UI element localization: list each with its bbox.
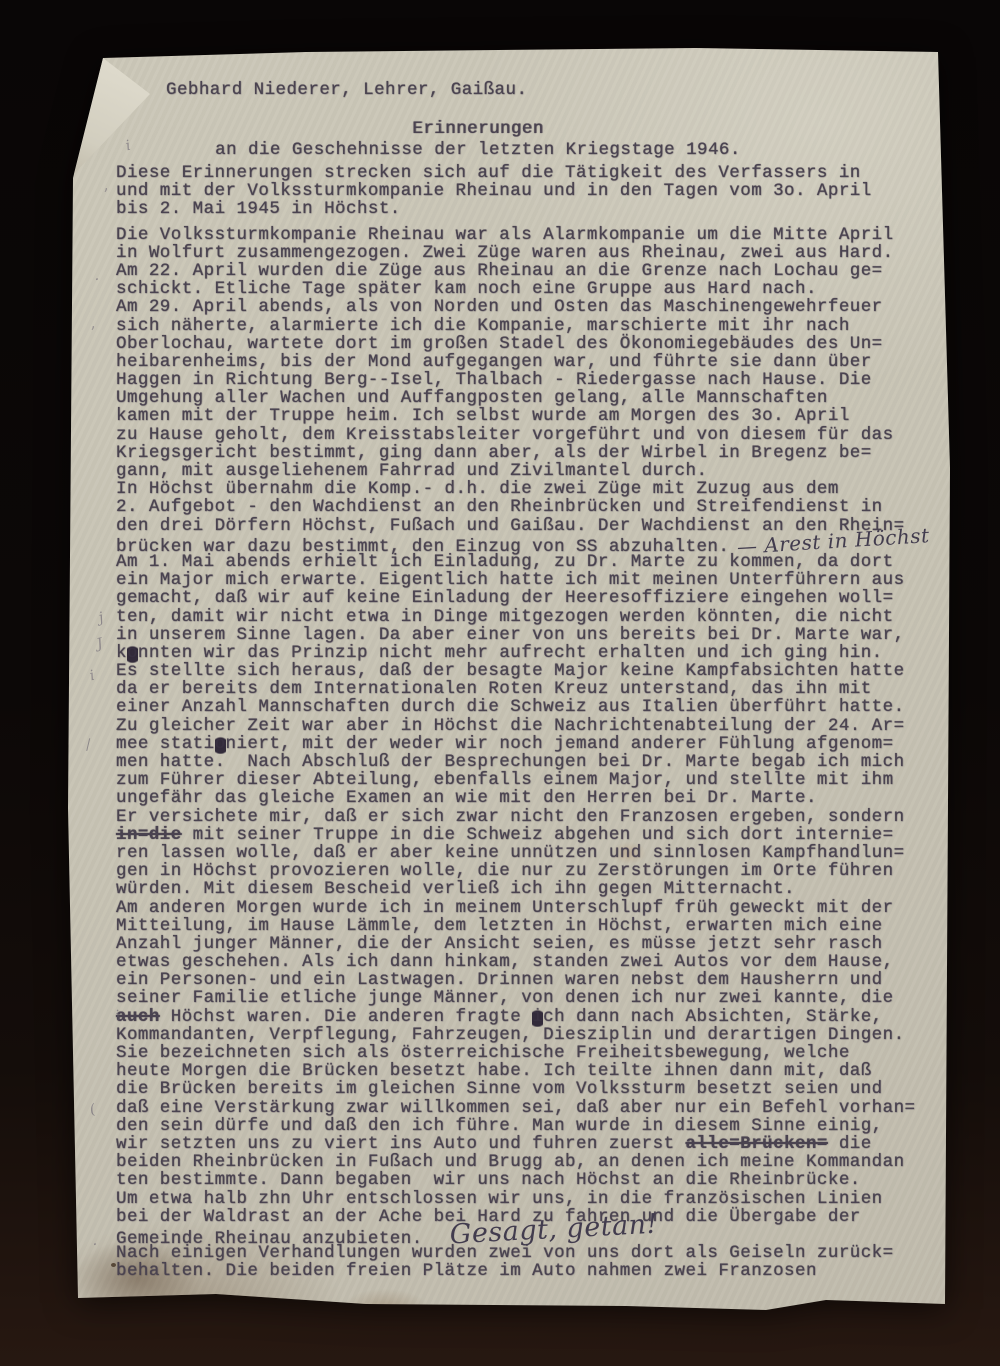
typed-text: ch dann nach Absichten, Stärke, <box>543 1007 883 1027</box>
typed-line: wir setzten uns zu viert ins Auto und fu… <box>116 1135 934 1153</box>
typed-text: seiner Familie etliche junge Männer, von… <box>116 988 894 1008</box>
typed-text: mit seiner Truppe in die Schweiz abgehen… <box>182 825 894 845</box>
typed-text: die <box>828 1134 872 1154</box>
typed-text: Kommandanten, Verpflegung, Fahrzeugen, D… <box>116 1025 905 1045</box>
typed-text: ten bestimmte. Dann begaben wir uns nach… <box>116 1170 861 1190</box>
typed-text: Um etwa halb zhn Uhr entschlossen wir un… <box>116 1189 883 1209</box>
margin-mark: · <box>93 272 101 289</box>
typed-text: ten, damit wir nicht etwa in Dinge mitge… <box>116 607 894 627</box>
typed-text: Am 29. April abends, als von Norden und … <box>116 297 883 317</box>
typed-line: etwas geschehen. Als ich dann hinkam, st… <box>116 953 934 971</box>
typed-text: Am 22. April wurden die Züge aus Rheinau… <box>116 261 883 281</box>
typed-line: Er versichete mir, daß er sich zwar nich… <box>116 808 934 826</box>
struck-text: alle=Brücken= <box>686 1134 828 1154</box>
margin-mark: · <box>91 1237 99 1254</box>
typed-line: ten bestimmte. Dann begaben wir uns nach… <box>116 1171 934 1189</box>
struck-text: auch <box>116 1007 160 1027</box>
margin-mark: , <box>88 316 96 333</box>
scan-background: Gebhard Niederer, Lehrer, Gaißau. Erinne… <box>0 0 1000 1366</box>
typed-line: da er bereits dem Internationalen Roten … <box>116 680 934 698</box>
typed-text: ren lassen wolle, daß er aber keine unnü… <box>116 843 905 863</box>
margin-mark: ( <box>88 1102 97 1119</box>
typed-line: die Brücken bereits im gleichen Sinne vo… <box>116 1080 934 1098</box>
typed-line: zu Hause geholt, dem Kreisstabsleiter vo… <box>116 426 934 444</box>
ink-blot: o <box>127 643 138 663</box>
ink-blot: o <box>215 734 226 754</box>
author-line: Gebhard Niederer, Lehrer, Gaißau. <box>166 80 527 100</box>
typed-line: Am 1. Mai abends erhielt ich Einladung, … <box>116 553 934 571</box>
typed-text: Die Volkssturmkompanie Rheinau war als A… <box>116 225 894 245</box>
typed-text: in Wolfurt zusammengezogen. Zwei Züge wa… <box>116 243 894 263</box>
typed-line: zum Führer dieser Abteilung, ebenfalls e… <box>116 771 934 789</box>
typed-text: mee stati <box>116 734 215 754</box>
typed-line: Diese Erinnerungen strecken sich auf die… <box>116 164 934 182</box>
typed-line: Um etwa halb zhn Uhr entschlossen wir un… <box>116 1190 934 1208</box>
typed-line: Mitteilung, im Hause Lämmle, dem letzten… <box>116 917 934 935</box>
typed-text: gann, mit ausgeliehenem Fahrrad und Zivi… <box>116 461 707 481</box>
typed-line: kamen mit der Truppe heim. Ich selbst wu… <box>116 407 934 425</box>
typed-line: Am anderen Morgen wurde ich in meinem Un… <box>116 899 934 917</box>
margin-mark: / <box>84 737 92 754</box>
margin-mark: , <box>101 178 109 195</box>
typed-text: bis 2. Mai 1945 in Höchst. <box>116 199 401 219</box>
typed-text: Am anderen Morgen wurde ich in meinem Un… <box>116 898 894 918</box>
typed-text: ungefähr das gleiche Examen an wie mit d… <box>116 788 817 808</box>
typed-text: den sein dürfe und daß den ich führe. Ma… <box>116 1116 883 1136</box>
typed-line: behalten. Die beiden freien Plätze im Au… <box>116 1262 934 1280</box>
typed-line: Anzahl junger Männer, die der Ansicht se… <box>116 935 934 953</box>
typed-text: einer Anzahl Mannschaften durch die Schw… <box>116 697 905 717</box>
ink-blot: i <box>532 1007 543 1027</box>
document-title: Erinnerungen <box>116 119 840 140</box>
typed-line: Am 29. April abends, als von Norden und … <box>116 298 934 316</box>
typed-text: Mitteilung, im Hause Lämmle, dem letzten… <box>116 916 883 936</box>
typed-line: Es stellte sich heraus, daß der besagte … <box>116 662 934 680</box>
typed-line: In Höchst übernahm die Komp.- d.h. die z… <box>116 480 934 498</box>
margin-mark: J <box>95 636 104 653</box>
typed-line: seiner Familie etliche junge Männer, von… <box>116 989 934 1007</box>
typed-line: 2. Aufgebot - den Wachdienst an den Rhei… <box>116 498 934 516</box>
typed-line: in unserem Sinne lagen. Da aber einer vo… <box>116 626 934 644</box>
typed-line: Am 22. April wurden die Züge aus Rheinau… <box>116 262 934 280</box>
typed-line: daß eine Verstärkung zwar willkommen sei… <box>116 1099 934 1117</box>
typed-text: Kriegsgericht bestimmt, ging dann aber, … <box>116 443 872 463</box>
typed-line: einer Anzahl Mannschaften durch die Schw… <box>116 698 934 716</box>
paper: Gebhard Niederer, Lehrer, Gaißau. Erinne… <box>66 48 952 1316</box>
typed-line: Nach einigen Verhandlungen wurden zwei v… <box>116 1244 934 1262</box>
typed-line: heibarenheims, bis der Mond aufgegangen … <box>116 353 934 371</box>
typed-line: in Wolfurt zusammengezogen. Zwei Züge wa… <box>116 244 934 262</box>
typed-text: Zu gleicher Zeit war aber in Höchst die … <box>116 716 905 736</box>
document-subtitle: an die Geschehnisse der letzten Kriegsta… <box>116 140 840 161</box>
typed-line: ren lassen wolle, daß er aber keine unnü… <box>116 844 934 862</box>
typed-text: Anzahl junger Männer, die der Ansicht se… <box>116 934 883 954</box>
typed-line: gemacht, daß wir auf keine Einladung der… <box>116 589 934 607</box>
typed-line: Die Volkssturmkompanie Rheinau war als A… <box>116 226 934 244</box>
typed-text: Er versichete mir, daß er sich zwar nich… <box>116 807 905 827</box>
typed-line: beiden Rheinbrücken in Fußach und Brugg … <box>116 1153 934 1171</box>
typed-text: men hatte. Nach Abschluß der Besprechung… <box>116 752 905 772</box>
typed-line: ungefähr das gleiche Examen an wie mit d… <box>116 789 934 807</box>
typed-line: Haggen in Richtung Berg--Isel, Thalbach … <box>116 371 934 389</box>
typed-line: Gemeinde Rheinau anzubieten. Gesagt, get… <box>116 1226 934 1244</box>
typed-text: Diese Erinnerungen strecken sich auf die… <box>116 163 861 183</box>
typed-text: wir setzten uns zu viert ins Auto und fu… <box>116 1134 686 1154</box>
typed-text: in unserem Sinne lagen. Da aber einer vo… <box>116 625 905 645</box>
typed-text: kamen mit der Truppe heim. Ich selbst wu… <box>116 406 850 426</box>
typed-line: den sein dürfe und daß den ich führe. Ma… <box>116 1117 934 1135</box>
typed-text: niert, mit der weder wir noch jemand and… <box>226 734 894 754</box>
typed-text: Höchst waren. Die anderen fragte <box>160 1007 532 1027</box>
typed-line: konnten wir das Prinzip nicht mehr aufre… <box>116 644 934 662</box>
typed-line: bis 2. Mai 1945 in Höchst. <box>116 200 934 218</box>
typed-text: Sie bezeichneten sich als österreichisch… <box>116 1043 850 1063</box>
typed-text: die Brücken bereits im gleichen Sinne vo… <box>116 1079 883 1099</box>
typed-text: Oberlochau, wartete dort im großen Stade… <box>116 334 883 354</box>
typed-line: mee stationiert, mit der weder wir noch … <box>116 735 934 753</box>
title-block: Erinnerungen an die Geschehnisse der let… <box>116 119 840 161</box>
typed-line: ten, damit wir nicht etwa in Dinge mitge… <box>116 608 934 626</box>
typed-text: sich näherte, alarmierte ich die Kompani… <box>116 316 850 336</box>
typed-line: gann, mit ausgeliehenem Fahrrad und Zivi… <box>116 462 934 480</box>
typed-line: Kommandanten, Verpflegung, Fahrzeugen, D… <box>116 1026 934 1044</box>
typed-text: nnten wir das Prinzip nicht mehr aufrech… <box>138 643 883 663</box>
typed-line: Kriegsgericht bestimmt, ging dann aber, … <box>116 444 934 462</box>
typed-line: heute Morgen die Brücken besetzt habe. I… <box>116 1062 934 1080</box>
typed-text: heibarenheims, bis der Mond aufgegangen … <box>116 352 872 372</box>
typed-text: gemacht, daß wir auf keine Einladung der… <box>116 588 894 608</box>
margin-mark: j <box>97 610 105 627</box>
typed-line: Oberlochau, wartete dort im großen Stade… <box>116 335 934 353</box>
typed-text: 2. Aufgebot - den Wachdienst an den Rhei… <box>116 497 883 517</box>
typed-line: würden. Mit diesem Bescheid verließ ich … <box>116 880 934 898</box>
typed-line: gen in Höchst provozieren wolle, die nur… <box>116 862 934 880</box>
typed-text: k <box>116 643 127 663</box>
typed-line: Sie bezeichneten sich als österreichisch… <box>116 1044 934 1062</box>
typed-text: behalten. Die beiden freien Plätze im Au… <box>116 1261 817 1281</box>
typed-text: daß eine Verstärkung zwar willkommen sei… <box>116 1098 915 1118</box>
typed-line: und mit der Volkssturmkompanie Rheinau u… <box>116 182 934 200</box>
document-body: Diese Erinnerungen strecken sich auf die… <box>116 164 934 1280</box>
paper-shadow: Gebhard Niederer, Lehrer, Gaißau. Erinne… <box>66 48 952 1316</box>
typed-line: ein Major mich erwarte. Eigentlich hatte… <box>116 571 934 589</box>
typed-line: Umgehung aller Wachen und Auffangposten … <box>116 389 934 407</box>
struck-text: in=die <box>116 825 182 845</box>
typed-line: men hatte. Nach Abschluß der Besprechung… <box>116 753 934 771</box>
handwritten-annotation: Gesagt, getan! <box>449 1215 658 1244</box>
typed-line: Zu gleicher Zeit war aber in Höchst die … <box>116 717 934 735</box>
typed-line: in=die mit seiner Truppe in die Schweiz … <box>116 826 934 844</box>
typed-line: brücken war dazu bestimmt, den Einzug vo… <box>116 535 934 553</box>
typed-line: auch Höchst waren. Die anderen fragte ic… <box>116 1008 934 1026</box>
typed-line: ein Personen- und ein Lastwagen. Drinnen… <box>116 971 934 989</box>
typed-text: zu Hause geholt, dem Kreisstabsleiter vo… <box>116 425 894 445</box>
typed-line: sich näherte, alarmierte ich die Kompani… <box>116 317 934 335</box>
margin-mark: i <box>88 668 96 685</box>
typed-text: würden. Mit diesem Bescheid verließ ich … <box>116 879 795 899</box>
typed-line: schickt. Etliche Tage später kam noch ei… <box>116 280 934 298</box>
